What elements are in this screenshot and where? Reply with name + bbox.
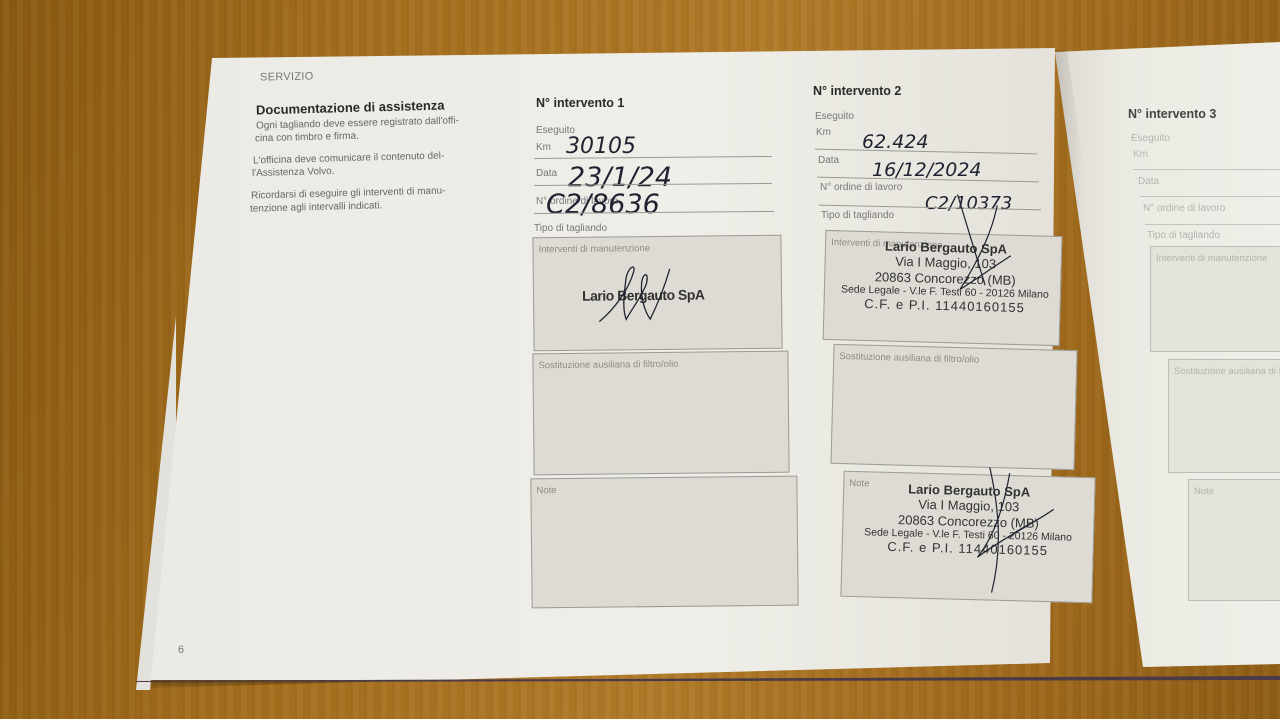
paragraph-line: l'Assistenza Volvo.	[252, 166, 335, 179]
notes-box: Note	[530, 476, 798, 609]
dealer-stamp: Lario Bergauto SpA	[582, 287, 705, 305]
eseguito-label: Eseguito	[815, 111, 854, 122]
date-label: Data	[536, 168, 557, 179]
eseguito-label: Eseguito	[1131, 133, 1170, 144]
service-booklet: SERVIZIO Documentazione di assistenza Og…	[0, 0, 1280, 719]
filter-oil-box: Sostituzione ausiliana di filtro/olio	[1168, 359, 1280, 473]
date-label: Data	[818, 155, 839, 166]
page-number: 6	[178, 644, 184, 656]
box-label: Sostituzione ausiliana di filtro/olio	[1174, 366, 1280, 377]
maintenance-box: Interventi di manutenzione Lario Bergaut…	[823, 230, 1063, 346]
intervention-title: N° intervento 3	[1128, 107, 1216, 121]
work-order-value: C2/8636	[546, 189, 660, 220]
box-label: Note	[1194, 486, 1214, 497]
km-value: 30105	[566, 134, 636, 159]
section-label: SERVIZIO	[260, 71, 314, 84]
box-label: Note	[536, 485, 556, 496]
filter-oil-box: Sostituzione ausiliana di filtro/olio	[830, 344, 1077, 470]
maintenance-box: Interventi di manutenzione	[1150, 246, 1280, 352]
service-type-label: Tipo di tagliando	[821, 210, 894, 221]
km-label: Km	[816, 127, 831, 138]
notes-box: Note Lario Bergauto SpA Via I Maggio, 10…	[840, 471, 1095, 604]
field-rule	[1133, 169, 1280, 170]
dealer-stamp: Lario Bergauto SpA Via I Maggio, 103 208…	[828, 237, 1062, 317]
intervention-title: N° intervento 1	[536, 96, 624, 110]
date-label: Data	[1138, 176, 1159, 187]
km-label: Km	[1133, 149, 1148, 160]
work-order-label: N° ordine di lavoro	[820, 182, 902, 193]
notes-box: Note	[1188, 479, 1280, 601]
field-rule	[1145, 224, 1280, 225]
box-label: Interventi di manutenzione	[538, 243, 650, 255]
km-label: Km	[536, 142, 551, 153]
dealer-stamp: Lario Bergauto SpA Via I Maggio, 103 208…	[843, 480, 1095, 560]
box-label: Sostituzione ausiliana di filtro/olio	[839, 351, 979, 366]
maintenance-box: Interventi di manutenzione Lario Bergaut…	[532, 235, 782, 352]
service-type-label: Tipo di tagliando	[1147, 230, 1220, 241]
box-label: Interventi di manutenzione	[1156, 253, 1267, 264]
field-rule	[1140, 196, 1280, 197]
service-type-label: Tipo di tagliando	[534, 223, 607, 234]
work-order-value: C2/10373	[925, 193, 1012, 214]
work-order-label: N° ordine di lavoro	[1143, 203, 1225, 214]
box-label: Sostituzione ausiliana di filtro/olio	[538, 359, 678, 371]
filter-oil-box: Sostituzione ausiliana di filtro/olio	[532, 351, 789, 476]
intervention-title: N° intervento 2	[813, 84, 901, 98]
